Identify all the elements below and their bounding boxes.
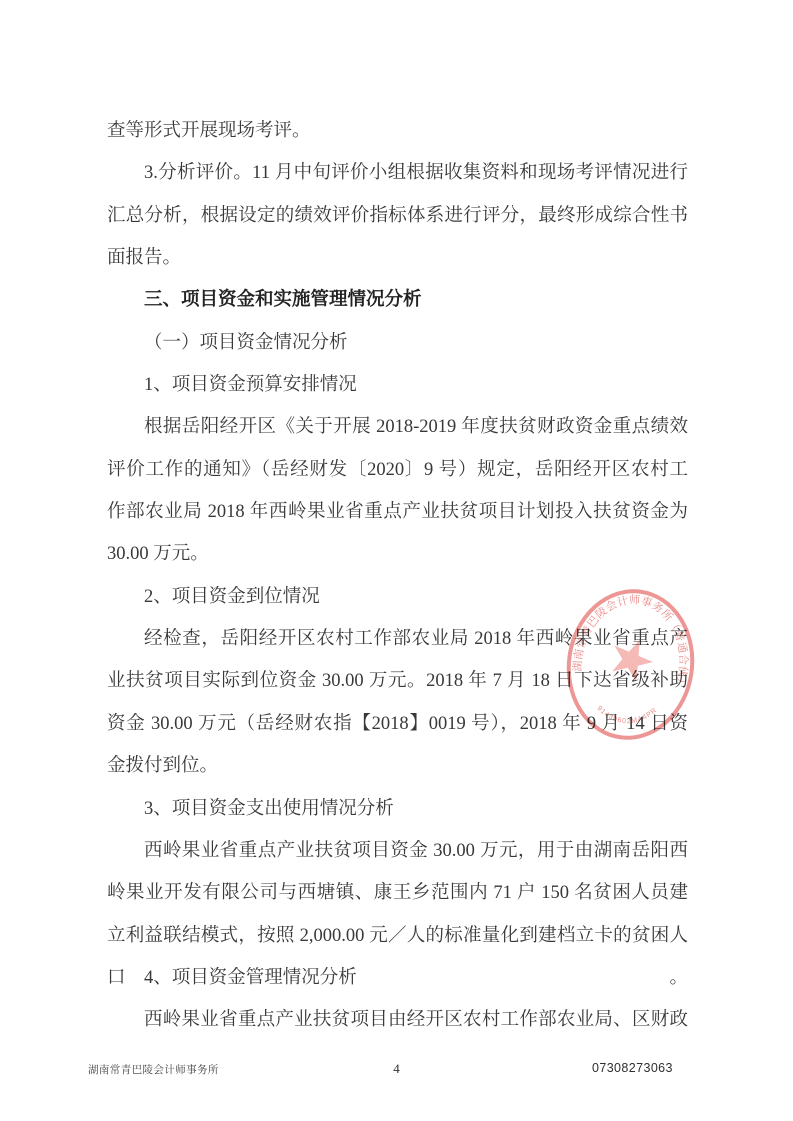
document-page: 查等形式开展现场考评。 3.分析评价。11 月中旬评价小组根据收集资料和现场考评… — [0, 0, 793, 1121]
footer-page-number: 4 — [0, 1061, 793, 1077]
text-line: 金拨付到位。 — [107, 745, 688, 787]
text-line: 西岭果业省重点产业扶贫项目由经开区农村工作部农业局、区财政 — [107, 999, 688, 1041]
text-line: 经检查，岳阳经开区农村工作部农业局 2018 年西岭果业省重点产 — [107, 618, 688, 660]
text-line: 立利益联结模式，按照 2,000.00 元／人的标准量化到建档立卡的贫困人口。 — [107, 915, 688, 957]
text-line: 岭果业开发有限公司与西塘镇、康王乡范围内 71 户 150 名贫困人员建 — [107, 872, 688, 914]
text-line: 查等形式开展现场考评。 — [107, 110, 688, 152]
text-line: 资金 30.00 万元（岳经财农指【2018】0019 号），2018 年 9 … — [107, 703, 688, 745]
text-line: 评价工作的通知》（岳经财发〔2020〕9 号）规定，岳阳经开区农村工 — [107, 449, 688, 491]
text-line: 西岭果业省重点产业扶贫项目资金 30.00 万元，用于由湖南岳阳西 — [107, 830, 688, 872]
text-line: 作部农业局 2018 年西岭果业省重点产业扶贫项目计划投入扶贫资金为 — [107, 491, 688, 533]
document-body: 查等形式开展现场考评。 3.分析评价。11 月中旬评价小组根据收集资料和现场考评… — [107, 110, 688, 1042]
subsection-heading: 2、项目资金到位情况 — [107, 576, 688, 618]
subsection-heading: （一）项目资金情况分析 — [107, 322, 688, 364]
text-line: 面报告。 — [107, 237, 688, 279]
footer-phone-number: 07308273063 — [592, 1061, 673, 1075]
subsection-heading: 1、项目资金预算安排情况 — [107, 364, 688, 406]
text-line: 根据岳阳经开区《关于开展 2018-2019 年度扶贫财政资金重点绩效 — [107, 406, 688, 448]
text-line: 3.分析评价。11 月中旬评价小组根据收集资料和现场考评情况进行 — [107, 152, 688, 194]
text-line: 30.00 万元。 — [107, 533, 688, 575]
section-heading: 三、项目资金和实施管理情况分析 — [107, 279, 688, 321]
subsection-heading: 3、项目资金支出使用情况分析 — [107, 788, 688, 830]
text-line: 汇总分析，根据设定的绩效评价指标体系进行评分，最终形成综合性书 — [107, 195, 688, 237]
text-line: 业扶贫项目实际到位资金 30.00 万元。2018 年 7 月 18 日下达省级… — [107, 660, 688, 702]
